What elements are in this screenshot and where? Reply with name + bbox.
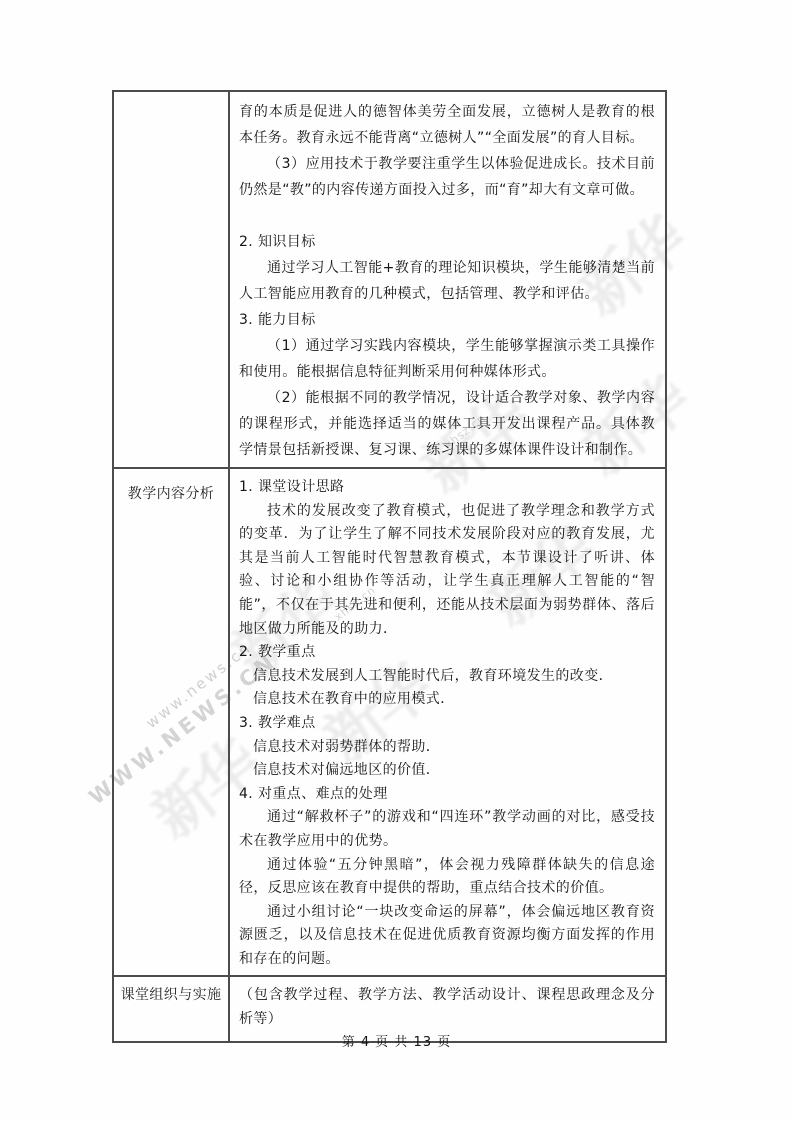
heading-teaching-difficulty: 3. 教学难点 <box>239 712 655 736</box>
row-content-analysis: 教学内容分析 1. 课堂设计思路 技术的发展改变了教育模式，也促进了教学理念和教… <box>113 468 666 976</box>
paragraph: 通过“解救杯子”的游戏和“四连环”教学动画的对比，感受技术在教学应用中的优势。 <box>239 806 655 853</box>
cell-label-objectives-continued <box>113 91 229 468</box>
heading-design-idea: 1. 课堂设计思路 <box>239 476 655 500</box>
paragraph: 信息技术在教育中的应用模式． <box>239 688 655 712</box>
paragraph: 信息技术发展到人工智能时代后，教育环境发生的改变． <box>239 665 655 689</box>
paragraph: （1）通过学习实践内容模块，学生能够掌握演示类工具操作和使用。能根据信息特征判断… <box>239 333 655 385</box>
paragraph: （3）应用技术于教学要注重学生以体验促进成长。技术目前仍然是“教”的内容传递方面… <box>239 151 655 203</box>
row-objectives-continued: 育的本质是促进人的德智体美劳全面发展，立德树人是教育的根本任务。教育永远不能背离… <box>113 91 666 468</box>
heading-teaching-focus: 2. 教学重点 <box>239 641 655 665</box>
paragraph: 通过小组讨论“一块改变命运的屏幕”，体会偏远地区教育资源匮乏，以及信息技术在促进… <box>239 901 655 972</box>
paragraph: 通过体验“五分钟黑暗”，体会视力残障群体缺失的信息途径，反思应该在教育中提供的帮… <box>239 854 655 901</box>
paragraph: 通过学习人工智能+教育的理论知识模块，学生能够清楚当前人工智能应用教育的几种模式… <box>239 255 655 307</box>
paragraph: 技术的发展改变了教育模式，也促进了教学理念和教学方式的变革．为了让学生了解不同技… <box>239 500 655 642</box>
cell-objectives-content: 育的本质是促进人的德智体美劳全面发展，立德树人是教育的根本任务。教育永远不能背离… <box>229 91 666 468</box>
paragraph: 信息技术对弱势群体的帮助． <box>239 736 655 760</box>
footer-page-number: 第 4 页 共 13 页 <box>0 1031 793 1050</box>
cell-label-content-analysis: 教学内容分析 <box>113 468 229 976</box>
document-page: 新华 新华 新华 新华 新华 新华 新华 www.news.cn WWW.NEW… <box>0 0 793 1122</box>
lesson-plan-table: 育的本质是促进人的德智体美劳全面发展，立德树人是教育的根本任务。教育永远不能背离… <box>112 90 667 1043</box>
blank-line <box>239 203 655 229</box>
paragraph: 信息技术对偏远地区的价值． <box>239 759 655 783</box>
heading-knowledge-goal: 2. 知识目标 <box>239 229 655 255</box>
paragraph: 育的本质是促进人的德智体美劳全面发展，立德树人是教育的根本任务。教育永远不能背离… <box>239 99 655 151</box>
heading-handling-focus-difficulty: 4. 对重点、难点的处理 <box>239 783 655 807</box>
cell-content-analysis: 1. 课堂设计思路 技术的发展改变了教育模式，也促进了教学理念和教学方式的变革．… <box>229 468 666 976</box>
paragraph: （包含教学过程、教学方法、教学活动设计、课程思政理念及分析等） <box>239 983 655 1031</box>
paragraph: （2）能根据不同的教学情况，设计适合教学对象、教学内容的课程形式，并能选择适当的… <box>239 385 655 463</box>
heading-ability-goal: 3. 能力目标 <box>239 307 655 333</box>
